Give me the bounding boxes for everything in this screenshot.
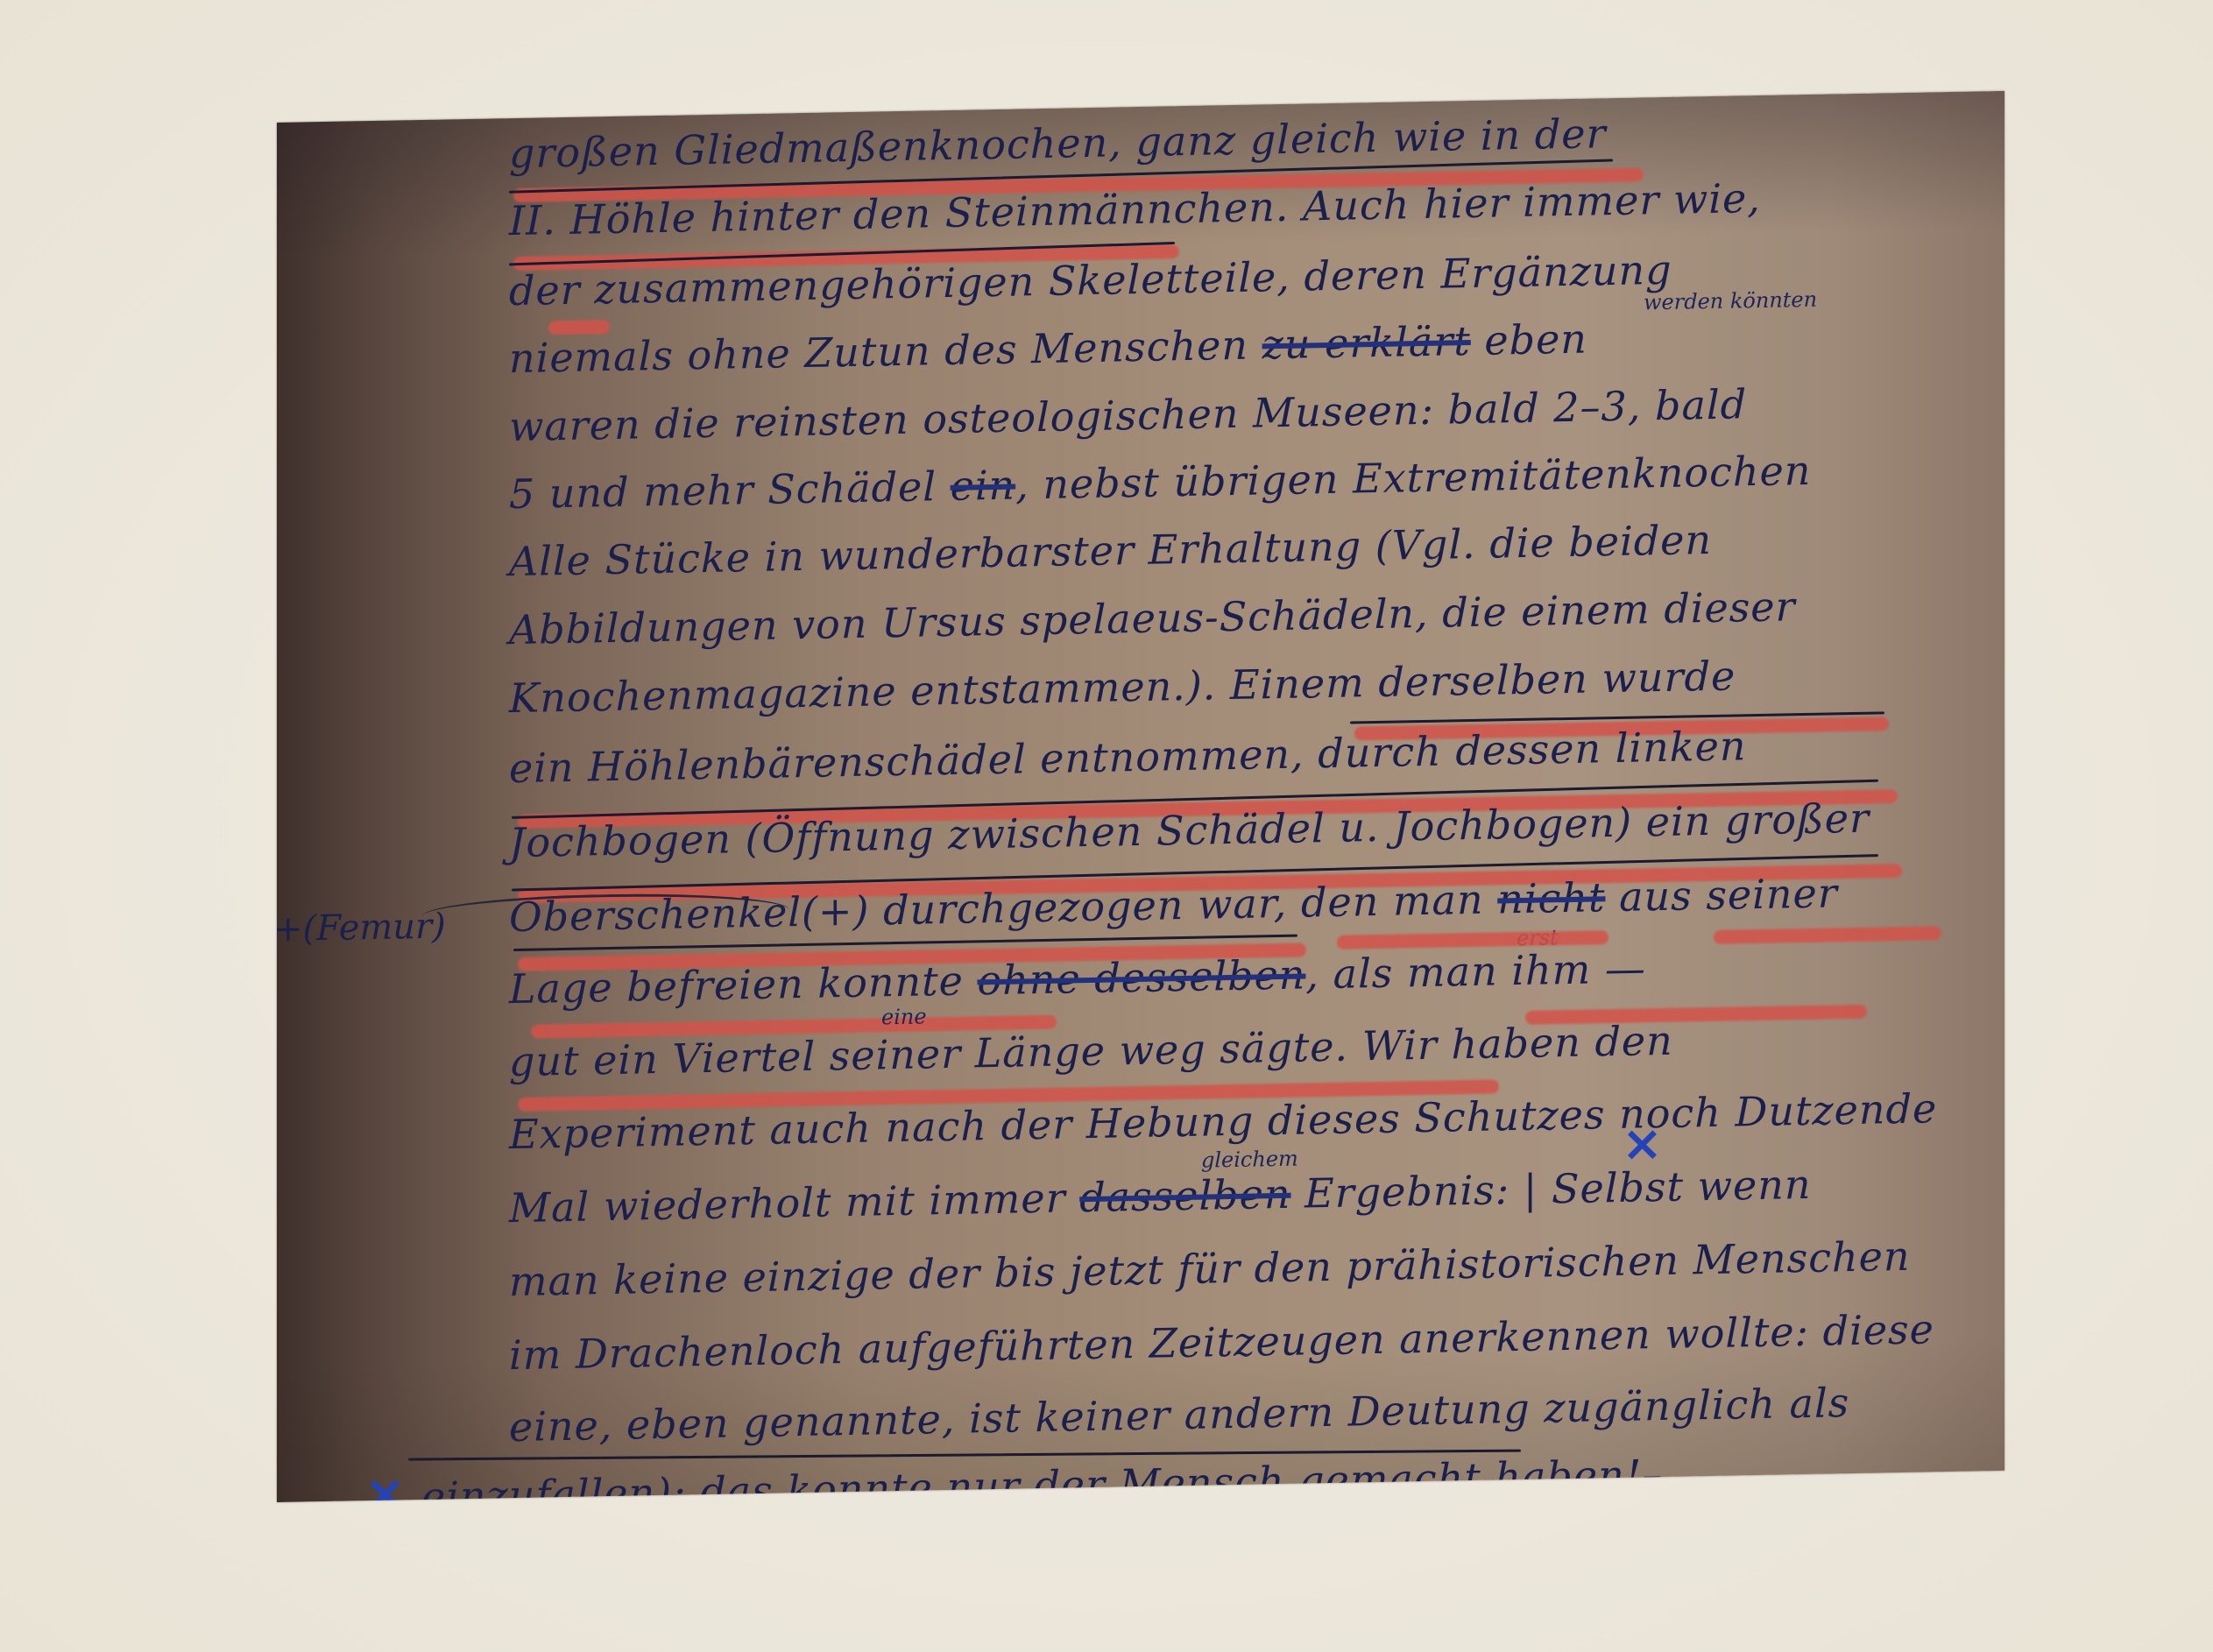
line-text: Mal wiederholt mit immer <box>509 1174 1079 1232</box>
line-text: Alle Stücke in wunderbarster Erhaltung (… <box>509 516 1712 585</box>
margin-note-femur: +(Femur) <box>277 906 446 950</box>
line-text: Knochenmagazine entstammen.). Einem ders… <box>509 652 1736 722</box>
manuscript-line-18: im Drachenloch aufgeführten Zeitzeugen a… <box>509 1301 1952 1383</box>
struck-text: dasselben <box>1079 1170 1290 1221</box>
line-text: , nebst übrigen Extremitätenknochen <box>1015 447 1811 509</box>
struck-text: zu erklärt <box>1262 317 1471 368</box>
struck-text: nicht <box>1497 873 1605 922</box>
line-text: im Drachenloch aufgeführten Zeitzeugen a… <box>509 1305 1934 1379</box>
line-text: eine, eben genannte, ist keiner andern D… <box>509 1379 1849 1451</box>
line-text: niemals ohne Zutun des Menschen <box>509 321 1262 382</box>
manuscript-line-5: waren die reinsten osteologischen Museen… <box>509 372 1952 455</box>
manuscript-line-6: 5 und mehr Schädel ein, nebst übrigen Ex… <box>509 440 1952 522</box>
manuscript-line-7: Alle Stücke in wunderbarster Erhaltung (… <box>509 507 1952 589</box>
line-text: Jochbogen (Öffnung zwischen Schädel u. J… <box>509 794 1870 866</box>
line-text: man keine einzige der bis jetzt für den … <box>509 1232 1910 1305</box>
line-text: großen Gliedmaßenknochen, ganz gleich wi… <box>509 109 1606 177</box>
line-text: , als man ihm — <box>1305 944 1645 998</box>
line-text: Ergebnis: | Selbst wenn <box>1291 1161 1812 1218</box>
manuscript-line-2: II. Höhle hinter den Steinmännchen. Auch… <box>509 166 1952 249</box>
blue-x-mark: × <box>1622 1115 1663 1173</box>
interlinear-insertion: werden könnten <box>1644 289 1817 314</box>
line-text: eben <box>1471 315 1587 364</box>
struck-text: ohne desselben <box>978 950 1306 1004</box>
struck-text: ein <box>951 462 1016 510</box>
manuscript-line-19: eine, eben genannte, ist keiner andern D… <box>509 1373 1952 1455</box>
line-text: ein Höhlenbärenschädel entnommen, durch … <box>509 722 1747 792</box>
line-text: waren die reinsten osteologischen Museen… <box>509 380 1747 450</box>
margin-note-text: +(Femur) <box>277 906 446 950</box>
line-text: Abbildungen von Ursus spelaeus-Schädeln,… <box>509 582 1796 653</box>
manuscript-line-17: man keine einzige der bis jetzt für den … <box>509 1227 1952 1310</box>
blue-x-mark: × <box>364 1465 406 1502</box>
line-text: aus seiner <box>1605 869 1837 921</box>
interlinear-insertion: gleichem <box>1201 1148 1298 1171</box>
manuscript-line-4: niemals ohne Zutun des Menschen zu erklä… <box>509 304 1952 386</box>
manuscript-line-8: Abbildungen von Ursus spelaeus-Schädeln,… <box>509 575 1952 658</box>
line-text: 5 und mehr Schädel <box>509 462 951 518</box>
manuscript-line-14: gut ein Viertel seiner Länge weg sägte. … <box>509 1007 1952 1090</box>
interlinear-insertion: eine <box>881 1006 927 1027</box>
manuscript-page: großen Gliedmaßenknochen, ganz gleich wi… <box>277 91 2004 1502</box>
